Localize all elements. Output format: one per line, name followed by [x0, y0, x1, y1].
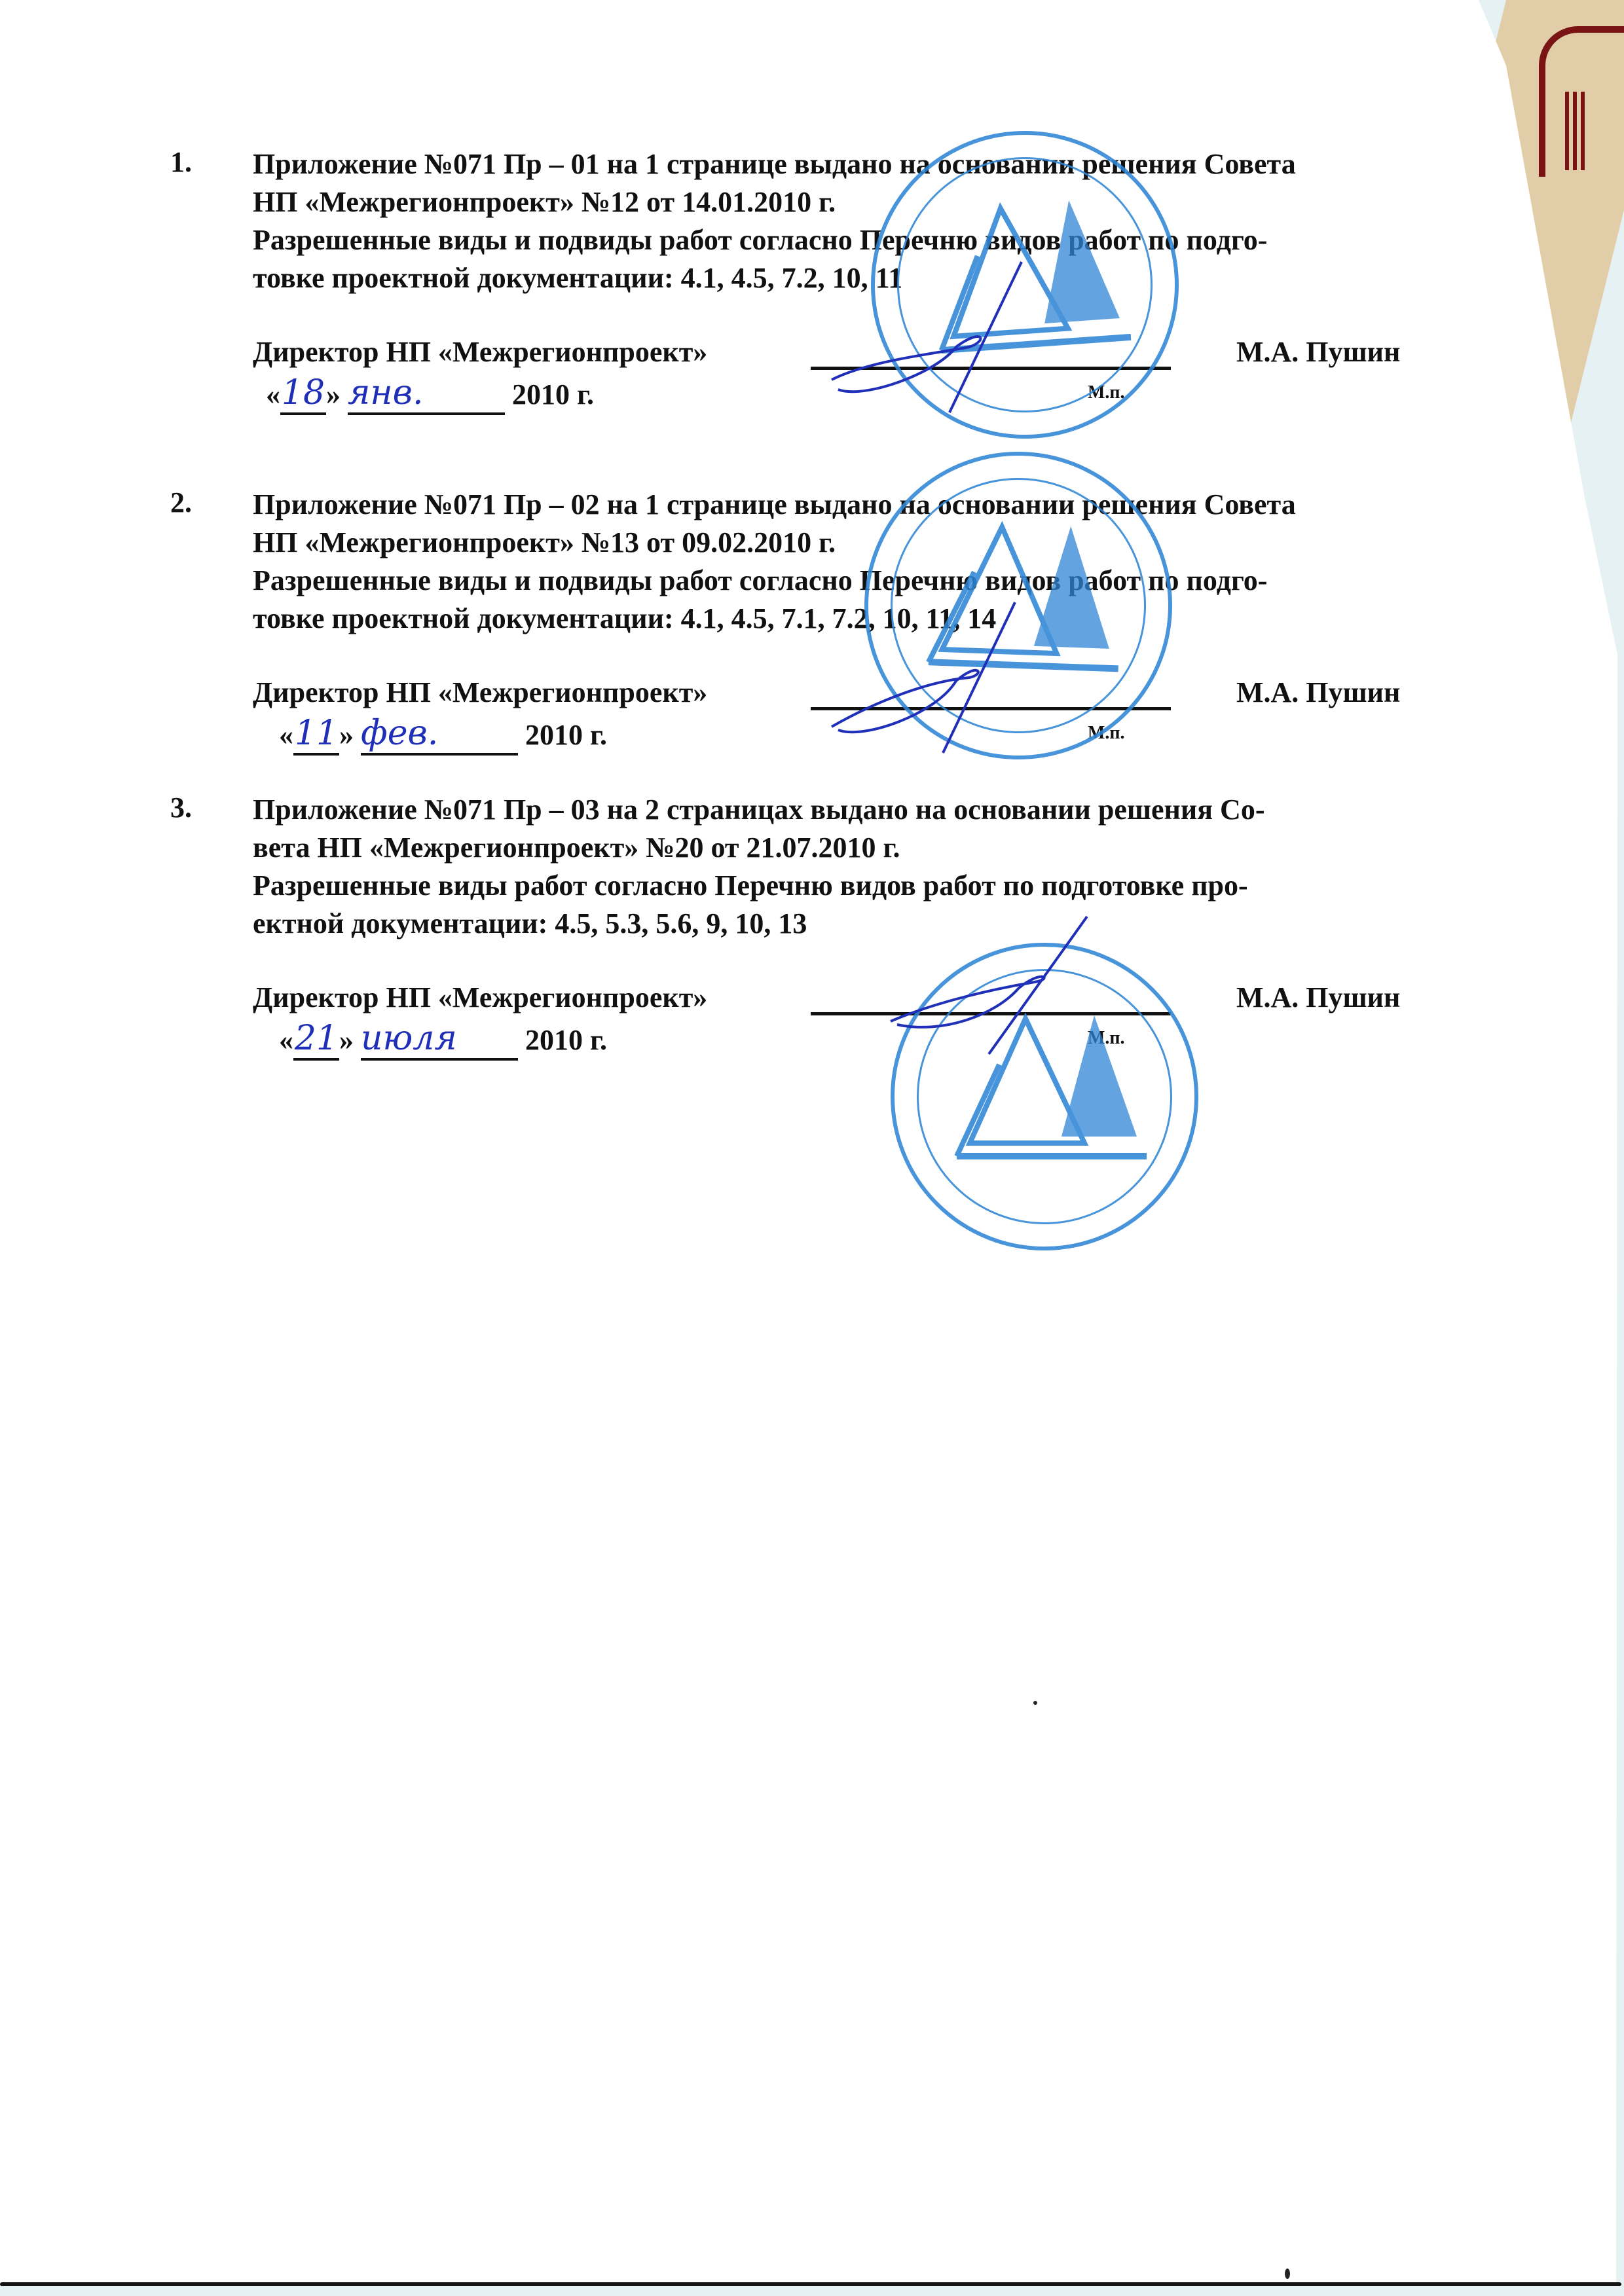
- signer-role: Директор НП «Межрегионпроект»: [253, 676, 707, 709]
- entry-line: Приложение №071 Пр – 02 на 1 странице вы…: [253, 486, 1480, 524]
- date-year: 2010 г.: [525, 1024, 607, 1056]
- signer-role: Директор НП «Межрегионпроект»: [253, 981, 707, 1014]
- certificate-ornament: [1539, 26, 1624, 177]
- entry-line: НП «Межрегионпроект» №12 от 14.01.2010 г…: [253, 183, 1480, 221]
- date-day: 11: [295, 714, 338, 753]
- signature-date: «18» янв. 2010 г.: [266, 373, 594, 415]
- quote-close: »: [339, 719, 354, 751]
- date-day: 21: [295, 1019, 338, 1058]
- quote-open: «: [279, 719, 293, 751]
- signer-name: М.А. Пушин: [1236, 335, 1400, 369]
- handwritten-signature: [819, 589, 1054, 759]
- date-month: янв.: [348, 373, 423, 412]
- scan-speck: [1033, 1701, 1037, 1705]
- entry-line: ектной документации: 4.5, 5.3, 5.6, 9, 1…: [253, 905, 1480, 943]
- scan-speck: [1285, 2269, 1290, 2279]
- entry-line: НП «Межрегионпроект» №13 от 09.02.2010 г…: [253, 524, 1480, 562]
- date-year: 2010 г.: [525, 719, 607, 751]
- signer-name: М.А. Пушин: [1236, 676, 1400, 709]
- entry-3: 3. Приложение №071 Пр – 03 на 2 страница…: [170, 791, 1480, 1053]
- signature-date: «21» июля 2010 г.: [279, 1019, 607, 1061]
- entry-line: вета НП «Межрегионпроект» №20 от 21.07.2…: [253, 829, 1480, 867]
- signer-name: М.А. Пушин: [1236, 981, 1400, 1014]
- date-month: июля: [361, 1019, 457, 1058]
- entry-number: 2.: [170, 486, 192, 519]
- handwritten-signature: [819, 249, 1054, 419]
- signature-date: «11» фев. 2010 г.: [279, 714, 607, 756]
- signer-role: Директор НП «Межрегионпроект»: [253, 335, 707, 369]
- date-day: 18: [282, 373, 325, 412]
- quote-close: »: [339, 1024, 354, 1056]
- signature-row: Директор НП «Межрегионпроект» М.А. Пушин…: [253, 981, 1480, 1053]
- entry-line: Разрешенные виды работ согласно Перечню …: [253, 867, 1480, 905]
- entry-line: Приложение №071 Пр – 03 на 2 страницах в…: [253, 791, 1480, 829]
- date-year: 2010 г.: [512, 378, 594, 410]
- quote-open: «: [266, 378, 280, 410]
- quote-close: »: [326, 378, 341, 410]
- date-month: фев.: [361, 714, 438, 753]
- entry-number: 3.: [170, 791, 192, 824]
- page-edge: [0, 2282, 1621, 2286]
- entry-text: Приложение №071 Пр – 03 на 2 страницах в…: [253, 791, 1480, 943]
- entry-number: 1.: [170, 145, 192, 179]
- document-page: 1. Приложение №071 Пр – 01 на 1 странице…: [0, 0, 1624, 2285]
- quote-open: «: [279, 1024, 293, 1056]
- handwritten-signature: [871, 910, 1107, 1067]
